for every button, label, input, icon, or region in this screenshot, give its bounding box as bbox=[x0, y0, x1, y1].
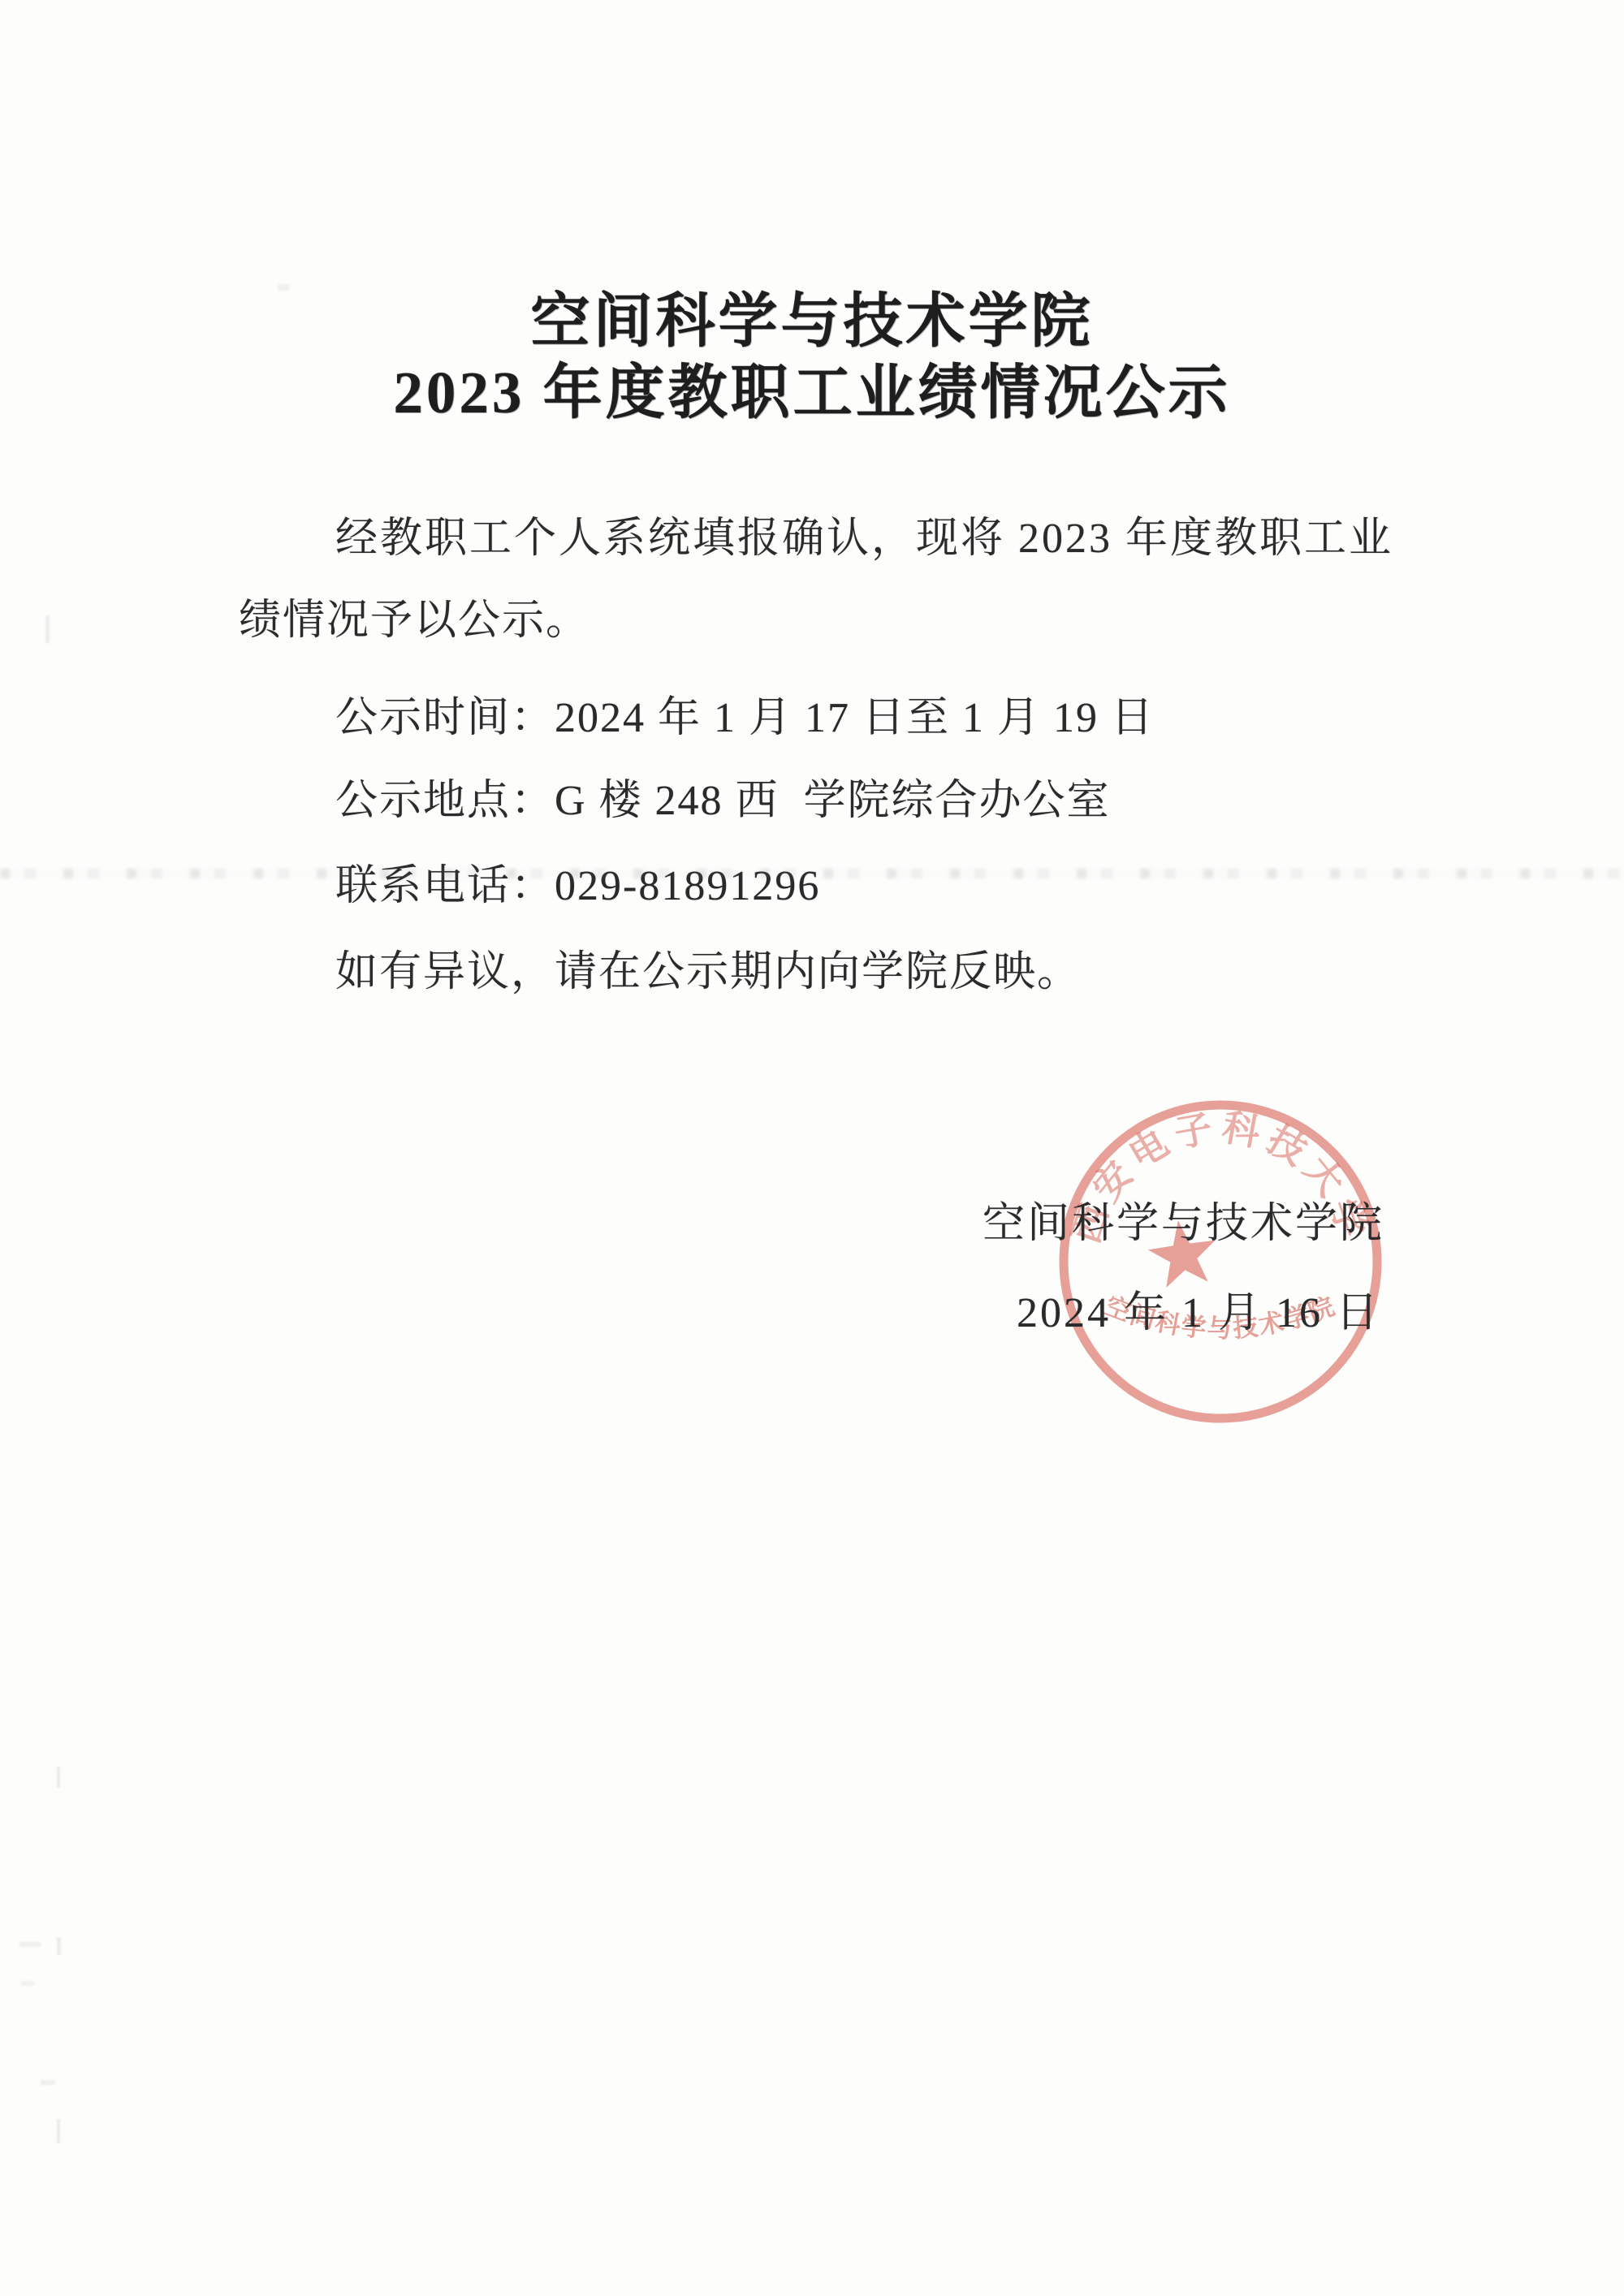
scan-speck bbox=[57, 2119, 60, 2143]
scan-speck bbox=[57, 1767, 60, 1788]
objection-line: 如有异议，请在公示期内向学院反映。 bbox=[335, 937, 1081, 998]
publicity-place-line: 公示地点：G 楼 248 西 学院综合办公室 bbox=[335, 766, 1111, 826]
seal-graphic: 西安电子科技大学 空间科学与技术学院 bbox=[1052, 1094, 1393, 1435]
body-paragraph-line-2: 绩情况予以公示。 bbox=[239, 585, 590, 646]
scan-speck bbox=[45, 615, 50, 643]
scan-speck bbox=[41, 2080, 55, 2085]
official-seal-stamp: 西安电子科技大学 空间科学与技术学院 bbox=[1052, 1094, 1393, 1435]
scan-artifact-band bbox=[0, 869, 1624, 878]
scan-speck bbox=[21, 1981, 34, 1986]
body-paragraph-line-1: 经教职工个人系统填报确认，现将 2023 年度教职工业 bbox=[335, 503, 1393, 564]
page-title-line-2: 2023 年度教职工业绩情况公示 bbox=[0, 344, 1624, 429]
scanned-notice-page: 空间科学与技术学院 2023 年度教职工业绩情况公示 经教职工个人系统填报确认，… bbox=[0, 0, 1624, 2296]
contact-phone-line: 联系电话：029-81891296 bbox=[335, 851, 820, 912]
signature-date: 2024 年 1 月 16 日 bbox=[1017, 1278, 1380, 1339]
publicity-time-line: 公示时间：2024 年 1 月 17 日至 1 月 19 日 bbox=[335, 683, 1155, 744]
scan-speck bbox=[57, 1937, 61, 1955]
seal-ring bbox=[1064, 1105, 1377, 1418]
scan-speck bbox=[19, 1942, 41, 1947]
scan-speck bbox=[278, 284, 289, 291]
signature-college-name: 空间科学与技术学院 bbox=[983, 1189, 1384, 1249]
